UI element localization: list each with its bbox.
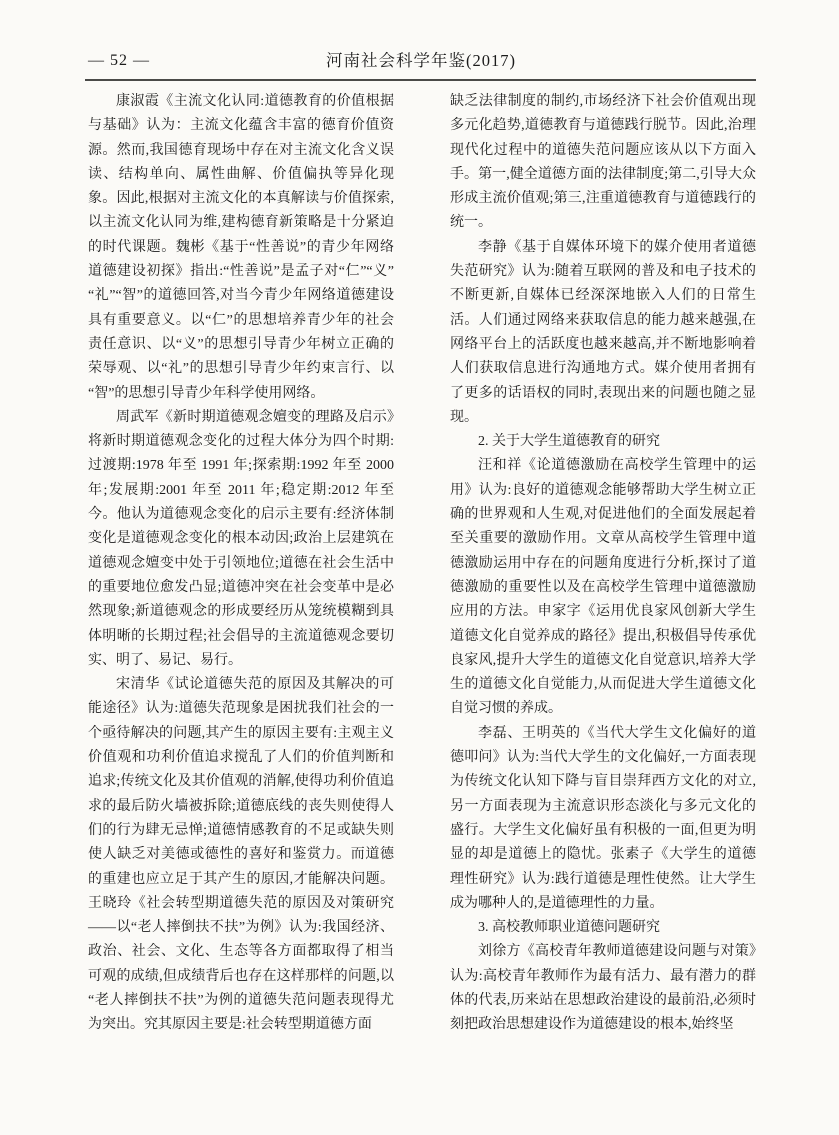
paragraph: 刘徐方《高校青年教师道德建设问题与对策》认为:高校青年教师作为最有活力、最有潜力… [450,940,756,1037]
paragraph: 李静《基于自媒体环境下的媒介使用者道德失范研究》认为:随着互联网的普及和电子技术… [450,236,756,430]
document-page: — 52 — 河南社会科学年鉴(2017) 康淑霞《主流文化认同:道德教育的价值… [0,0,839,1135]
page-header: — 52 — 河南社会科学年鉴(2017) [86,50,756,72]
section-heading: 2. 关于大学生道德教育的研究 [450,430,756,454]
page-number: — 52 — [88,50,150,72]
header-rule [85,79,756,81]
paragraph: 缺乏法律制度的制约,市场经济下社会价值观出现多元化趋势,道德教育与道德践行脱节。… [450,90,756,236]
paragraph: 周武军《新时期道德观念嬗变的理路及启示》将新时期道德观念变化的过程大体分为四个时… [88,406,394,673]
paragraph: 李磊、王明英的《当代大学生文化偏好的道德叩问》认为:当代大学生的文化偏好,一方面… [450,722,756,916]
left-column: 康淑霞《主流文化认同:道德教育的价值根据与基础》认为：主流文化蕴含丰富的德育价值… [88,90,394,1038]
right-column: 缺乏法律制度的制约,市场经济下社会价值观出现多元化趋势,道德教育与道德践行脱节。… [450,90,756,1038]
paragraph: 汪和祥《论道德激励在高校学生管理中的运用》认为:良好的道德观念能够帮助大学生树立… [450,454,756,721]
section-heading: 3. 高校教师职业道德问题研究 [450,916,756,940]
paragraph: 宋清华《试论道德失范的原因及其解决的可能途径》认为:道德失范现象是困扰我们社会的… [88,673,394,1037]
journal-title: 河南社会科学年鉴(2017) [86,50,756,72]
paragraph: 康淑霞《主流文化认同:道德教育的价值根据与基础》认为：主流文化蕴含丰富的德育价值… [88,90,394,406]
text-columns: 康淑霞《主流文化认同:道德教育的价值根据与基础》认为：主流文化蕴含丰富的德育价值… [88,90,756,1038]
